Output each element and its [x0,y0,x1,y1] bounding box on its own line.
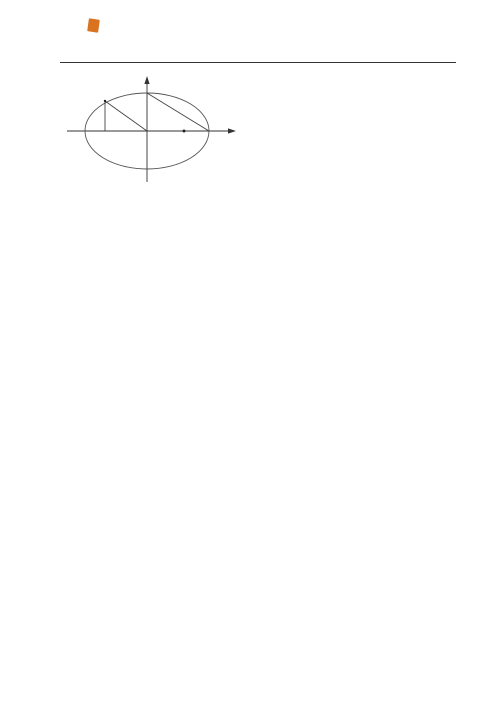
ellipse-figure-svg [62,74,248,196]
ellipse-figure [62,74,456,200]
brand-logo-icon [65,22,97,54]
focus-f2-dot [183,130,186,133]
page-header [0,0,500,66]
segment-p-o [105,101,147,131]
segment-b1-a2 [147,93,209,131]
header-divider [60,62,456,63]
x-axis-arrow-icon [228,128,236,133]
y-axis-arrow-icon [144,76,149,84]
logo-ribbon-icon [86,17,101,34]
point-p-dot [104,100,106,102]
document-body [0,70,500,208]
